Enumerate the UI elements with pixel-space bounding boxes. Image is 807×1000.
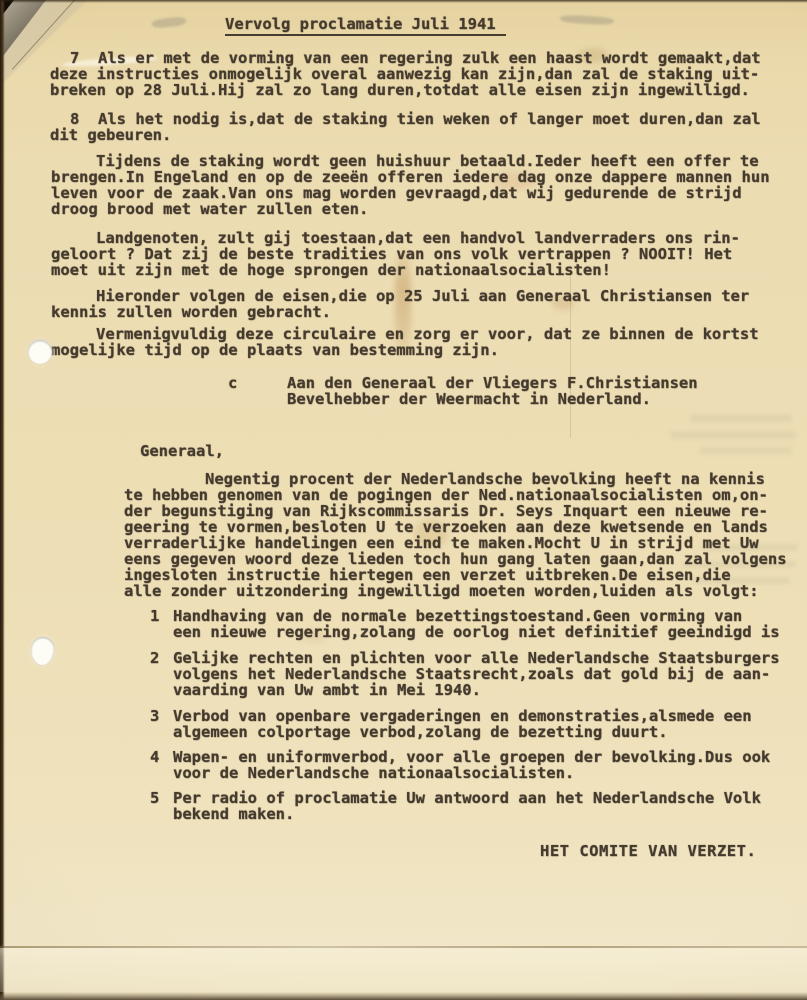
address-lines: Aan den Generaal der Vliegers F.Christia… [287, 375, 698, 407]
pencil-smudge-2 [560, 15, 614, 26]
address-marker: c [228, 375, 287, 407]
punch-hole-bottom [29, 636, 56, 667]
demand-number: 2 [150, 650, 173, 698]
demand-item-3: 3 Verbod van openbare vergaderingen en d… [150, 708, 807, 740]
demand-text: Gelijke rechten en plichten voor alle Ne… [173, 650, 803, 698]
left-paper-edge [0, 0, 5, 1000]
body-paragraph: Negentig procent der Nederlandsche bevol… [124, 471, 807, 599]
below-fold-lighter-area [0, 948, 807, 992]
demand-text: Verbod van openbare vergaderingen en dem… [173, 708, 803, 740]
demand-number: 1 [150, 608, 173, 640]
pencil-smudge-1 [152, 16, 187, 29]
paragraph-8: 8 Als het nodig is,dat de staking tien w… [50, 111, 795, 143]
scanned-document-page: Vervolg proclamatie Juli 1941 7 Als er m… [0, 0, 807, 1000]
demand-number: 4 [150, 749, 173, 781]
paragraph-vermenigvuldig: Vermenigvuldig deze circulaire en zorg e… [51, 326, 796, 358]
demand-text: Handhaving van de normale bezettingstoes… [173, 608, 803, 640]
ink-bleedthrough-2 [670, 431, 796, 439]
document-title: Vervolg proclamatie Juli 1941 [225, 16, 506, 36]
demand-item-5: 5 Per radio of proclamatie Uw antwoord a… [150, 790, 807, 822]
ink-bleedthrough-3 [700, 447, 792, 454]
demand-item-1: 1 Handhaving van de normale bezettingsto… [150, 608, 807, 640]
paragraph-landgenoten: Landgenoten, zult gij toestaan,dat een h… [51, 230, 796, 278]
horizontal-fold-crease [0, 946, 807, 948]
paragraph-7: 7 Als er met de vorming van een regering… [50, 50, 795, 98]
top-paper-edge [0, 0, 807, 3]
paragraph-tijdens: Tijdens de staking wordt geen huishuur b… [51, 153, 796, 217]
demand-text: Per radio of proclamatie Uw antwoord aan… [173, 790, 803, 822]
demand-text: Wapen- en uniformverbod, voor alle groep… [173, 749, 803, 781]
signature-line: HET COMITE VAN VERZET. [540, 843, 756, 859]
paragraph-hieronder: Hieronder volgen de eisen,die op 25 Juli… [51, 288, 796, 320]
demands-list: 1 Handhaving van de normale bezettingsto… [150, 608, 807, 832]
demand-number: 3 [150, 708, 173, 740]
address-block: c Aan den Generaal der Vliegers F.Christ… [228, 375, 698, 407]
demand-item-2: 2 Gelijke rechten en plichten voor alle … [150, 650, 807, 698]
salutation: Generaal, [140, 443, 224, 459]
bottom-paper-edge [0, 992, 807, 1000]
ink-bleedthrough-1 [690, 414, 792, 422]
punch-hole-top [28, 340, 52, 364]
demand-item-4: 4 Wapen- en uniformverbod, voor alle gro… [150, 749, 807, 781]
demand-number: 5 [150, 790, 173, 822]
